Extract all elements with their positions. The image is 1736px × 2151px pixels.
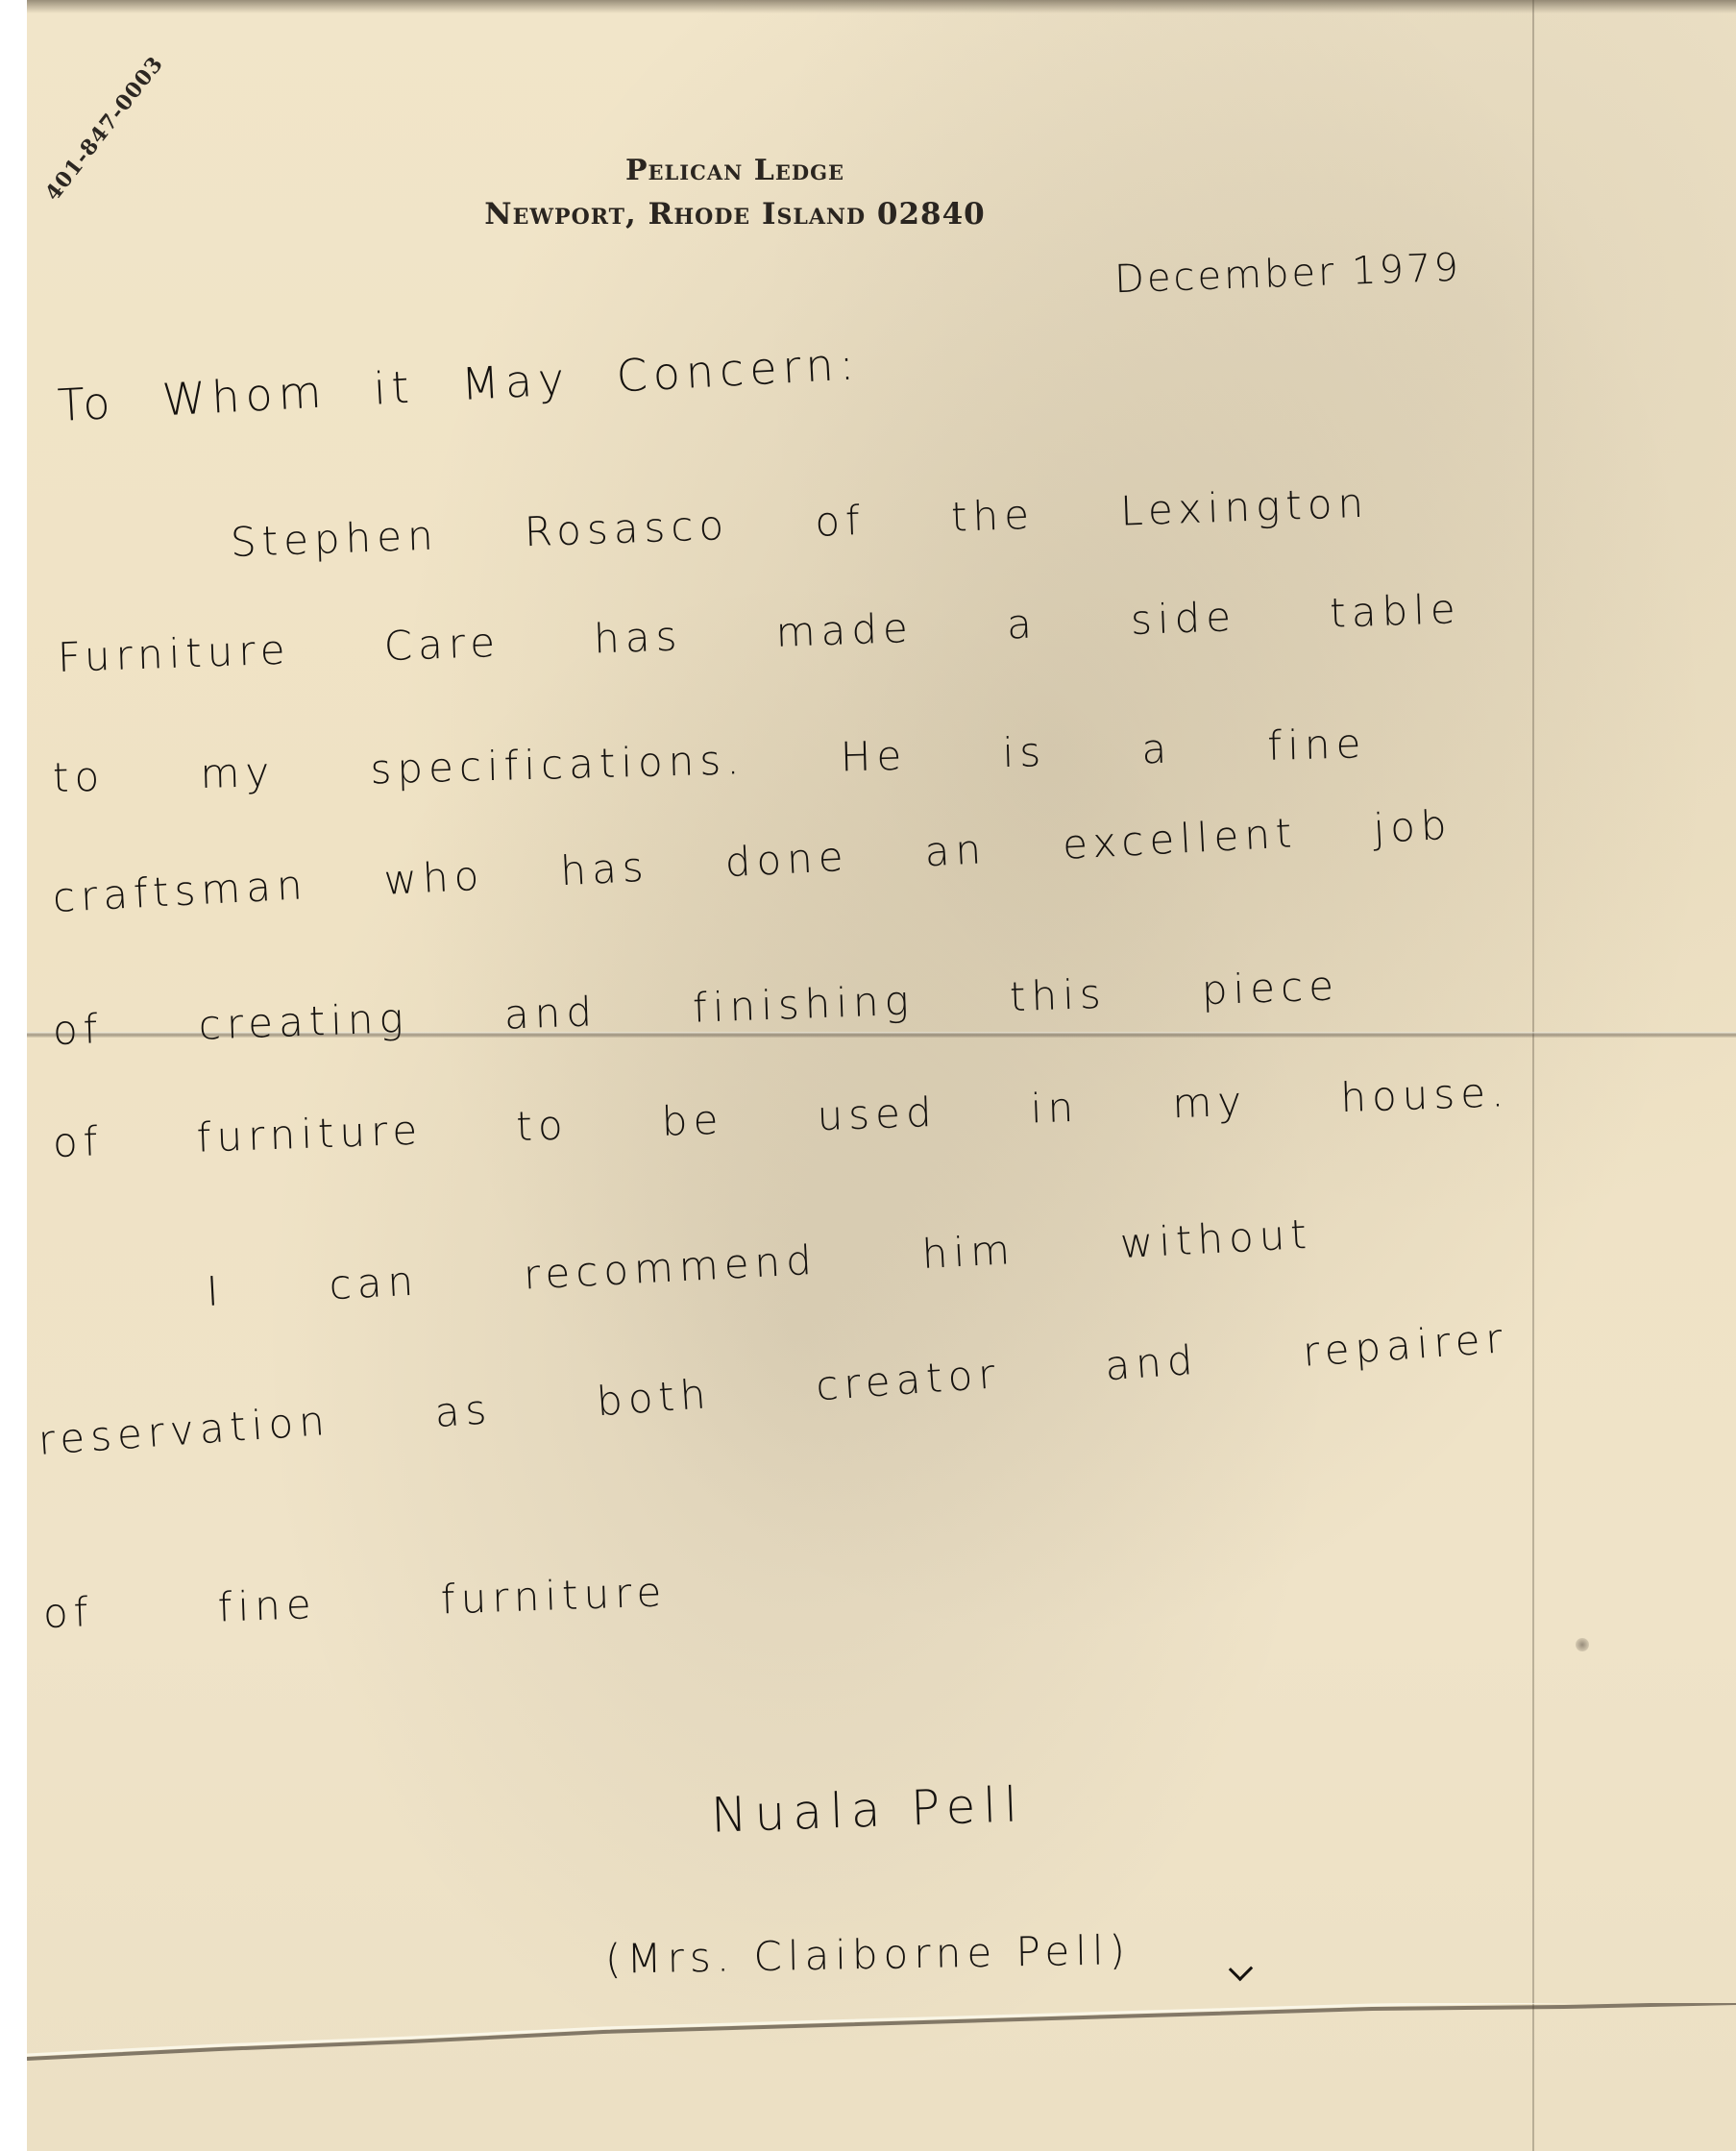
signature: Nuala Pell	[710, 1776, 1026, 1843]
letterhead-address: Newport, Rhode Island 02840	[384, 197, 1086, 232]
signature-subtitle: (Mrs. Claiborne Pell)	[605, 1926, 1132, 1983]
paper-top-edge	[27, 0, 1736, 13]
bottom-fold-tear	[27, 2003, 1736, 2061]
vertical-fold-crease	[1532, 0, 1534, 2151]
ink-spot	[1576, 1638, 1589, 1651]
letterhead-name: Pelican Ledge	[384, 154, 1086, 187]
